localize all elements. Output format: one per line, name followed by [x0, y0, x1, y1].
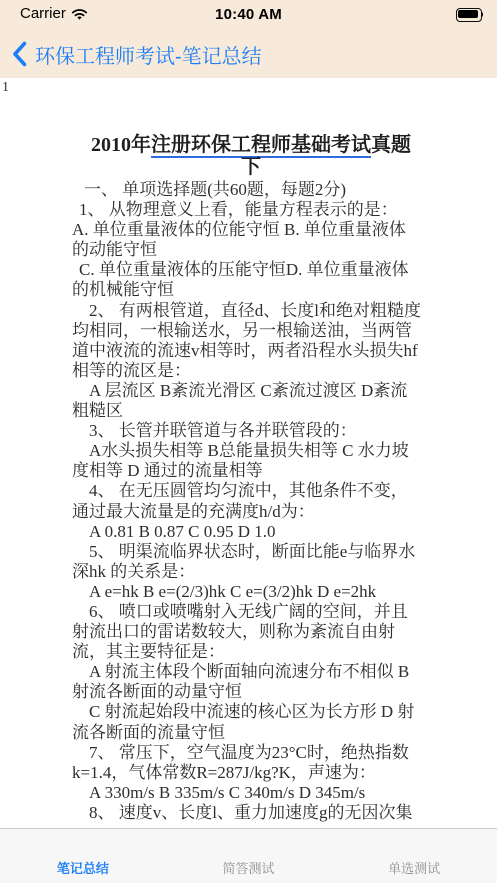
tab-single-choice-quiz[interactable]: 单选测试: [331, 829, 497, 883]
doc-line: 8、 速度v、长度l、重力加速度g的无因次集: [72, 803, 430, 823]
doc-line: 射流各断面的动量守恒: [72, 682, 430, 702]
battery-fill: [458, 10, 478, 18]
clock: 10:40 AM: [0, 6, 497, 23]
back-button-title: 环保工程师考试-笔记总结: [35, 40, 262, 69]
document-body: 一、 单项选择题(共60题，每题2分) 1、 从物理意义上看，能量方程表示的是：…: [72, 180, 430, 823]
doc-line: A 330m/s B 335m/s C 340m/s D 345m/s: [72, 783, 430, 803]
doc-line: 射流出口的雷诺数较大，则称为紊流自由射: [72, 622, 430, 642]
doc-line: 6、 喷口或喷嘴射入无线广阔的空间，并且: [72, 602, 430, 622]
doc-line: 5、 明渠流临界状态时，断面比能e与临界水: [72, 542, 430, 562]
title-prefix: 2010年: [91, 134, 151, 156]
document-content: 2010年注册环保工程师基础考试真题 下 一、 单项选择题(共60题，每题2分)…: [72, 134, 430, 823]
tab-label: 笔记总结: [57, 858, 109, 877]
tab-bar: 笔记总结 简答测试 单选测试: [0, 828, 497, 883]
battery-nub: [481, 12, 483, 17]
title-underlined-link[interactable]: 注册环保工程师基础考试: [151, 134, 371, 158]
doc-line: 1、 从物理意义上看，能量方程表示的是：: [72, 200, 430, 220]
doc-line: 一、 单项选择题(共60题，每题2分): [72, 180, 430, 200]
doc-line: k=1.4，气体常数R=287J/kg?K，声速为：: [72, 763, 430, 783]
doc-line: A 0.81 B 0.87 C 0.95 D 1.0: [72, 522, 430, 542]
tab-notes-summary[interactable]: 笔记总结: [0, 829, 166, 883]
doc-line: 道中液流的流速v相等时，两者沿程水头损失hf: [72, 341, 430, 361]
doc-line: A. 单位重量液体的位能守恒 B. 单位重量液体: [72, 220, 430, 240]
title-suffix: 真题: [371, 134, 411, 156]
document-view[interactable]: 1 2010年注册环保工程师基础考试真题 下 一、 单项选择题(共60题，每题2…: [0, 78, 497, 828]
app-screen: Carrier 10:40 AM 环保工程师考试-笔记总结 1: [0, 0, 497, 883]
doc-line: 深hk 的关系是：: [72, 562, 430, 582]
doc-line: 7、 常压下，空气温度为23°C时，绝热指数: [72, 743, 430, 763]
doc-line: 相等的流区是：: [72, 361, 430, 381]
chevron-left-icon: [12, 41, 27, 67]
navigation-bar: 环保工程师考试-笔记总结: [0, 30, 497, 78]
doc-line: A e=hk B e=(2/3)hk C e=(3/2)hk D e=2hk: [72, 582, 430, 602]
doc-line: A水头损失相等 B总能量损失相等 C 水力坡: [72, 441, 430, 461]
doc-line: C. 单位重量液体的压能守恒D. 单位重量液体: [72, 260, 430, 280]
tab-label: 简答测试: [223, 858, 275, 877]
doc-line: 3、 长管并联管道与各并联管段的：: [72, 421, 430, 441]
doc-line: 通过最大流量是的充满度h/d为：: [72, 502, 430, 522]
status-bar: Carrier 10:40 AM: [0, 0, 497, 30]
title-second-line: 下: [241, 156, 261, 178]
doc-line: C 射流起始段中流速的核心区为长方形 D 射: [72, 702, 430, 722]
doc-line: 的机械能守恒: [72, 280, 430, 300]
doc-line: 流各断面的流量守恒: [72, 723, 430, 743]
doc-line: 度相等 D 通过的流量相等: [72, 461, 430, 481]
back-button[interactable]: 环保工程师考试-笔记总结: [0, 40, 262, 69]
doc-line: 4、 在无压圆管均匀流中，其他条件不变，: [72, 481, 430, 501]
doc-line: A 射流主体段个断面轴向流速分布不相似 B: [72, 662, 430, 682]
doc-line: 均相同，一根输送水，另一根输送油，当两管: [72, 321, 430, 341]
doc-line: 流，其主要特征是：: [72, 642, 430, 662]
doc-line: 2、 有两根管道，直径d、长度l和绝对粗糙度: [72, 301, 430, 321]
document-title: 2010年注册环保工程师基础考试真题 下: [72, 134, 430, 178]
doc-line: A 层流区 B紊流光滑区 C紊流过渡区 D紊流: [72, 381, 430, 401]
page-number: 1: [2, 80, 9, 96]
tab-label: 单选测试: [388, 858, 440, 877]
tab-short-answer-quiz[interactable]: 简答测试: [166, 829, 332, 883]
doc-line: 的动能守恒: [72, 240, 430, 260]
battery-outline: [456, 8, 482, 22]
battery-full-icon: [456, 8, 483, 21]
doc-line: 粗糙区: [72, 401, 430, 421]
